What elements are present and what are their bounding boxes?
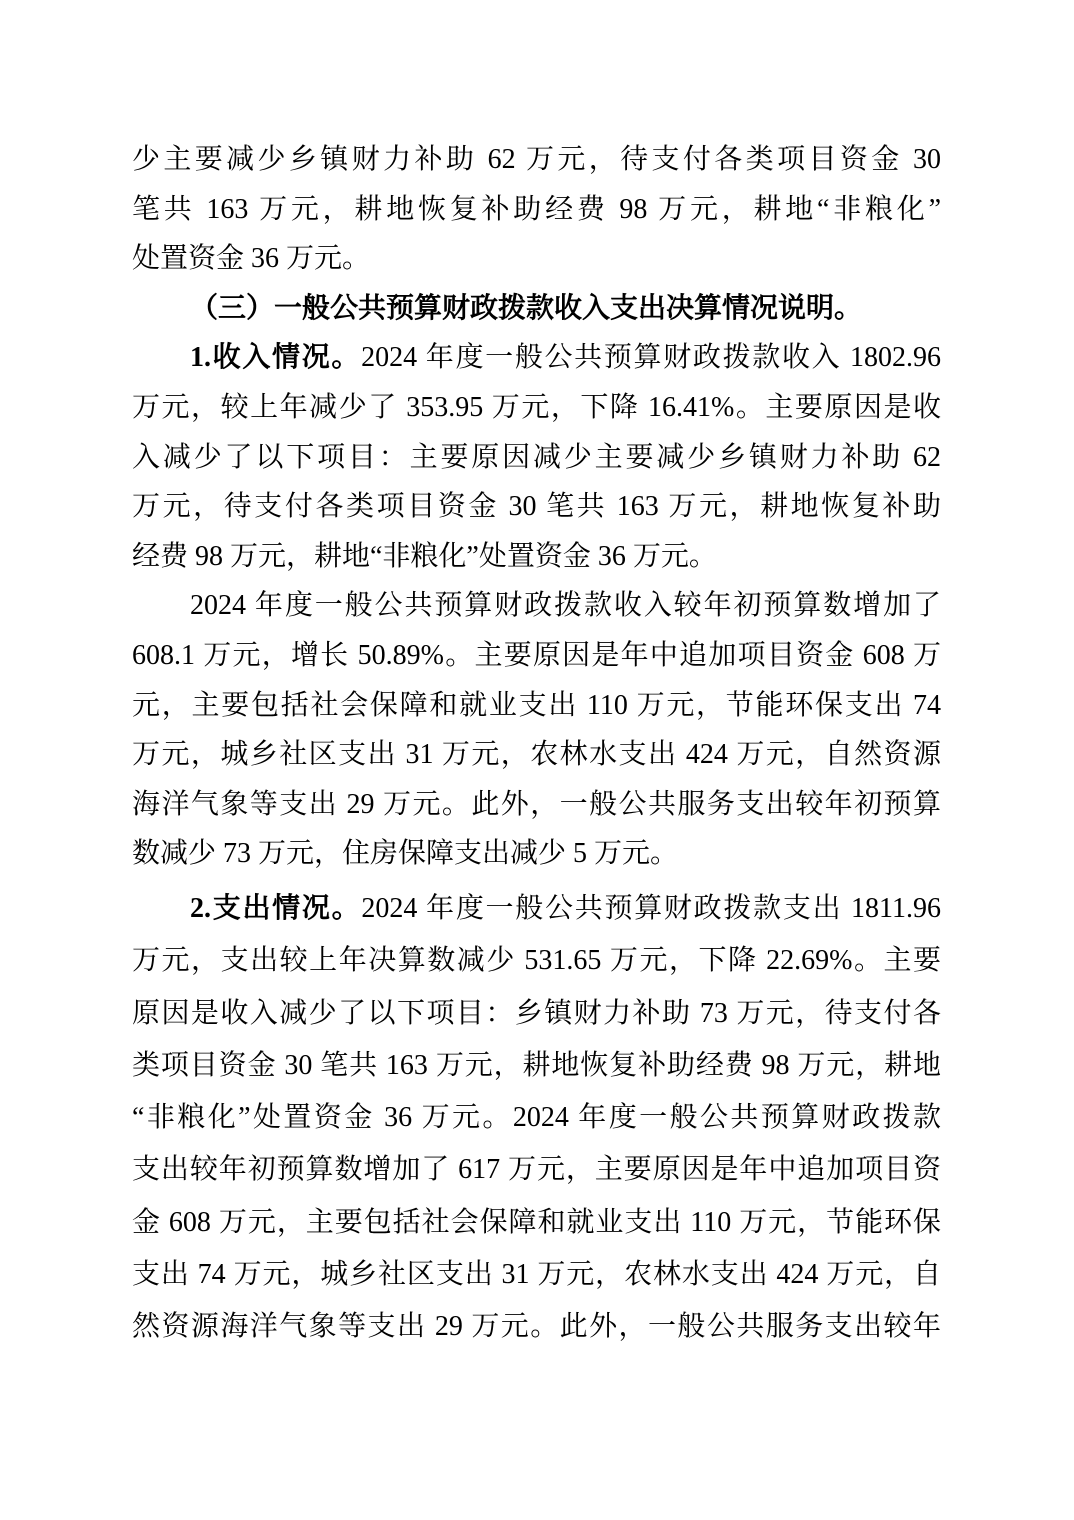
text-run: 万元，支出较上年决算数减少 531.65 万元，下降 22.69%。主要	[132, 945, 941, 976]
text-line: （三）一般公共预算财政拨款收入支出决算情况说明。	[132, 284, 941, 334]
text-run: 入减少了以下项目：主要原因减少主要减少乡镇财力补助 62	[132, 442, 941, 473]
text-run: 类项目资金 30 笔共 163 万元，耕地恢复补助经费 98 万元，耕地	[132, 1050, 941, 1081]
text-line: 金 608 万元，主要包括社会保障和就业支出 110 万元，节能环保	[132, 1197, 941, 1249]
text-line: 1.收入情况。2024 年度一般公共预算财政拨款收入 1802.96	[132, 333, 941, 383]
text-line: 入减少了以下项目：主要原因减少主要减少乡镇财力补助 62	[132, 433, 941, 483]
text-line: 笔共 163 万元，耕地恢复补助经费 98 万元，耕地“非粮化”	[132, 185, 941, 235]
text-run: 然资源海洋气象等支出 29 万元。此外，一般公共服务支出较年	[132, 1311, 941, 1342]
text-run: 万元，较上年减少了 353.95 万元，下降 16.41%。主要原因是收	[132, 392, 941, 423]
text-run: 原因是收入减少了以下项目：乡镇财力补助 73 万元，待支付各	[132, 998, 941, 1029]
document-body-upper: 少主要减少乡镇财力补助 62 万元，待支付各类项目资金 30笔共 163 万元，…	[132, 135, 941, 879]
text-line: 支出较年初预算数增加了 617 万元，主要原因是年中追加项目资	[132, 1144, 941, 1196]
document-page: 少主要减少乡镇财力补助 62 万元，待支付各类项目资金 30笔共 163 万元，…	[0, 0, 1074, 1520]
text-run: 金 608 万元，主要包括社会保障和就业支出 110 万元，节能环保	[132, 1207, 941, 1238]
text-run: 万元，城乡社区支出 31 万元，农林水支出 424 万元，自然资源	[132, 739, 941, 770]
text-run: 万元，待支付各类项目资金 30 笔共 163 万元，耕地恢复补助	[132, 491, 941, 522]
text-line: 万元，待支付各类项目资金 30 笔共 163 万元，耕地恢复补助	[132, 482, 941, 532]
bold-run: 1.收入情况。	[190, 342, 361, 373]
bold-run: （三）一般公共预算财政拨款收入支出决算情况说明。	[190, 293, 862, 324]
text-run: 支出较年初预算数增加了 617 万元，主要原因是年中追加项目资	[132, 1154, 941, 1185]
text-line: 2024 年度一般公共预算财政拨款收入较年初预算数增加了	[132, 581, 941, 631]
text-line: 数减少 73 万元，住房保障支出减少 5 万元。	[132, 829, 941, 879]
text-run: 海洋气象等支出 29 万元。此外，一般公共服务支出较年初预算	[132, 789, 941, 820]
text-line: 万元，较上年减少了 353.95 万元，下降 16.41%。主要原因是收	[132, 383, 941, 433]
text-line: 处置资金 36 万元。	[132, 234, 941, 284]
text-run: 2024 年度一般公共预算财政拨款收入 1802.96	[361, 342, 941, 373]
text-line: 经费 98 万元，耕地“非粮化”处置资金 36 万元。	[132, 532, 941, 582]
text-run: 处置资金 36 万元。	[132, 243, 370, 274]
text-run: 2024 年度一般公共预算财政拨款收入较年初预算数增加了	[190, 590, 941, 621]
text-line: 2.支出情况。2024 年度一般公共预算财政拨款支出 1811.96	[132, 883, 941, 935]
text-line: 然资源海洋气象等支出 29 万元。此外，一般公共服务支出较年	[132, 1301, 941, 1353]
text-run: 少主要减少乡镇财力补助 62 万元，待支付各类项目资金 30	[132, 144, 941, 175]
text-run: 支出 74 万元，城乡社区支出 31 万元，农林水支出 424 万元，自	[132, 1259, 941, 1290]
document-body-lower: 2.支出情况。2024 年度一般公共预算财政拨款支出 1811.96万元，支出较…	[132, 883, 941, 1354]
text-line: 类项目资金 30 笔共 163 万元，耕地恢复补助经费 98 万元，耕地	[132, 1040, 941, 1092]
text-line: 原因是收入减少了以下项目：乡镇财力补助 73 万元，待支付各	[132, 988, 941, 1040]
text-line: 支出 74 万元，城乡社区支出 31 万元，农林水支出 424 万元，自	[132, 1249, 941, 1301]
text-run: 608.1 万元，增长 50.89%。主要原因是年中追加项目资金 608 万	[132, 640, 941, 671]
text-run: 数减少 73 万元，住房保障支出减少 5 万元。	[132, 838, 678, 869]
text-line: “非粮化”处置资金 36 万元。2024 年度一般公共预算财政拨款	[132, 1092, 941, 1144]
text-line: 608.1 万元，增长 50.89%。主要原因是年中追加项目资金 608 万	[132, 631, 941, 681]
text-line: 万元，支出较上年决算数减少 531.65 万元，下降 22.69%。主要	[132, 935, 941, 987]
text-run: “非粮化”处置资金 36 万元。2024 年度一般公共预算财政拨款	[132, 1102, 941, 1133]
text-run: 经费 98 万元，耕地“非粮化”处置资金 36 万元。	[132, 541, 717, 572]
text-run: 2024 年度一般公共预算财政拨款支出 1811.96	[361, 893, 941, 924]
text-line: 万元，城乡社区支出 31 万元，农林水支出 424 万元，自然资源	[132, 730, 941, 780]
text-run: 元，主要包括社会保障和就业支出 110 万元，节能环保支出 74	[132, 690, 941, 721]
text-line: 元，主要包括社会保障和就业支出 110 万元，节能环保支出 74	[132, 681, 941, 731]
text-line: 少主要减少乡镇财力补助 62 万元，待支付各类项目资金 30	[132, 135, 941, 185]
text-run: 笔共 163 万元，耕地恢复补助经费 98 万元，耕地“非粮化”	[132, 194, 941, 225]
text-line: 海洋气象等支出 29 万元。此外，一般公共服务支出较年初预算	[132, 780, 941, 830]
bold-run: 2.支出情况。	[190, 893, 361, 924]
